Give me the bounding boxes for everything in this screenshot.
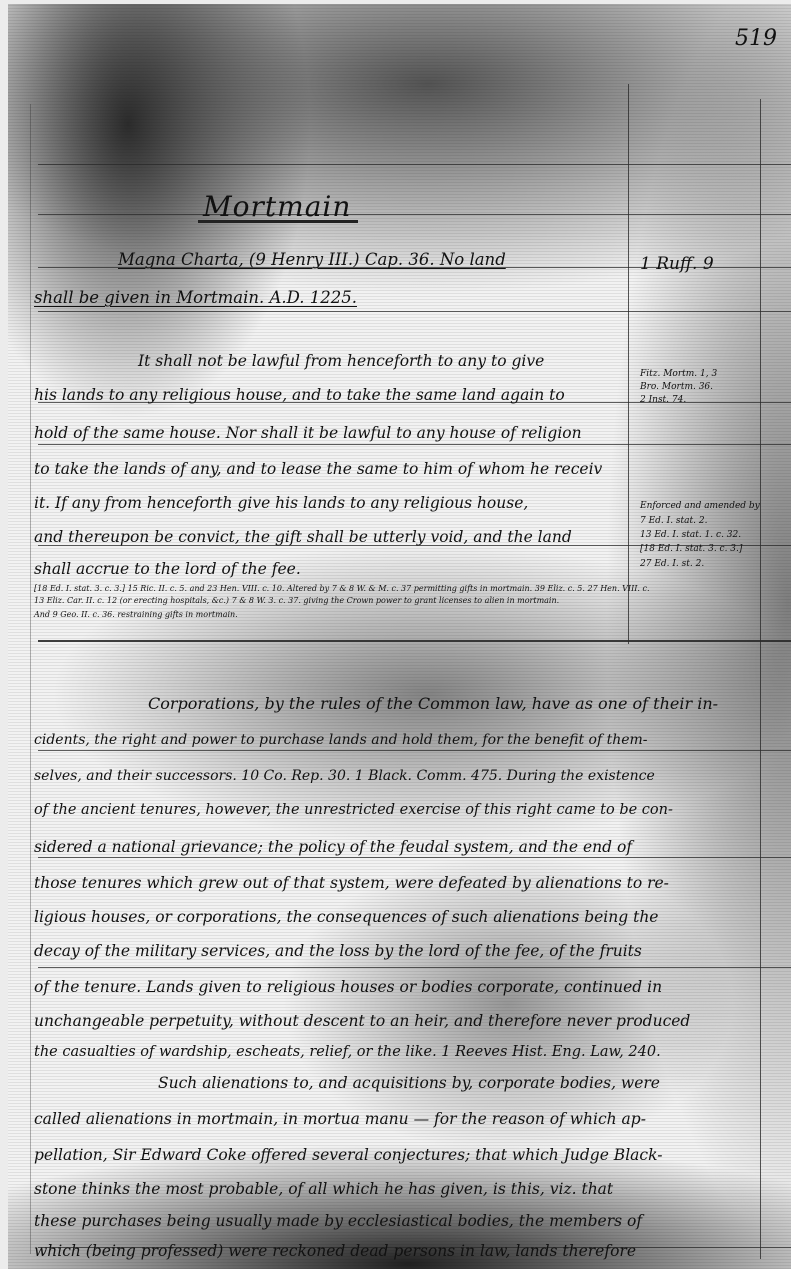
margin-reference: 1 Ruff. 9 — [640, 254, 714, 274]
body-text-line: cidents, the right and power to purchase… — [34, 732, 648, 748]
page-title: Mortmain — [203, 190, 351, 223]
section-divider — [38, 640, 791, 642]
body-text-line: of the ancient tenures, however, the unr… — [34, 802, 673, 818]
ruled-line — [38, 164, 791, 165]
body-text-line: which (being professed) were reckoned de… — [34, 1242, 636, 1260]
margin-reference: Enforced and amended by — [640, 501, 760, 511]
title-underline — [198, 220, 358, 223]
ruled-line — [38, 311, 791, 312]
statute-text-line: shall accrue to the lord of the fee. — [34, 560, 301, 578]
body-text-line: called alienations in mortmain, in mortu… — [34, 1110, 646, 1128]
ruled-line — [38, 750, 791, 751]
body-text-line: of the tenure. Lands given to religious … — [34, 978, 662, 996]
margin-reference: [18 Ed. I. stat. 3. c. 3.] — [640, 544, 742, 554]
margin-reference: Fitz. Mortm. 1, 3 — [640, 369, 717, 379]
scanned-document-page: 519 Mortmain Magna Charta, (9 Henry III.… — [8, 4, 791, 1269]
statute-heading-cont: shall be given in Mortmain. A.D. 1225. — [34, 288, 357, 307]
footnote-line: 13 Eliz. Car. II. c. 12 (or erecting hos… — [34, 596, 559, 605]
body-text-line: Corporations, by the rules of the Common… — [148, 694, 718, 713]
margin-reference: 2 Inst. 74. — [640, 395, 686, 405]
footnote-line: And 9 Geo. II. c. 36. restraining gifts … — [34, 610, 238, 619]
statute-text-line: and thereupon be convict, the gift shall… — [34, 528, 572, 546]
statute-text-line: his lands to any religious house, and to… — [34, 386, 565, 404]
ruled-line — [38, 214, 791, 215]
statute-text-line: It shall not be lawful from henceforth t… — [138, 352, 544, 370]
margin-reference: Bro. Mortm. 36. — [640, 382, 713, 392]
statute-text-line: hold of the same house. Nor shall it be … — [34, 424, 582, 442]
body-text-line: pellation, Sir Edward Coke offered sever… — [34, 1146, 662, 1164]
margin-reference: 7 Ed. I. stat. 2. — [640, 516, 707, 526]
margin-reference: 13 Ed. I. stat. 1. c. 32. — [640, 530, 741, 540]
body-text-line: the casualties of wardship, escheats, re… — [34, 1044, 661, 1060]
body-text-line: decay of the military services, and the … — [34, 942, 642, 960]
statute-text-line: to take the lands of any, and to lease t… — [34, 460, 602, 478]
body-text-line: stone thinks the most probable, of all w… — [34, 1180, 613, 1198]
ruled-line — [38, 857, 791, 858]
body-text-line: selves, and their successors. 10 Co. Rep… — [34, 768, 655, 784]
margin-column-line — [628, 84, 629, 644]
body-text-line: ligious houses, or corporations, the con… — [34, 908, 658, 926]
body-text-line: these purchases being usually made by ec… — [34, 1212, 642, 1230]
statute-heading: Magna Charta, (9 Henry III.) Cap. 36. No… — [118, 250, 506, 269]
footnote-line: [18 Ed. I. stat. 3. c. 3.] 15 Ric. II. c… — [34, 584, 650, 593]
margin-reference: 27 Ed. I. st. 2. — [640, 559, 704, 569]
body-text-line: Such alienations to, and acquisitions by… — [158, 1074, 660, 1092]
statute-text-line: it. If any from henceforth give his land… — [34, 494, 528, 512]
page-number: 519 — [735, 26, 777, 51]
body-text-line: unchangeable perpetuity, without descent… — [34, 1012, 690, 1030]
body-text-line: those tenures which grew out of that sys… — [34, 874, 669, 892]
left-margin-line — [30, 104, 31, 1254]
margin-column-line — [760, 99, 761, 1259]
ruled-line — [38, 444, 791, 445]
body-text-line: sidered a national grievance; the policy… — [34, 838, 632, 856]
ruled-line — [38, 967, 791, 968]
